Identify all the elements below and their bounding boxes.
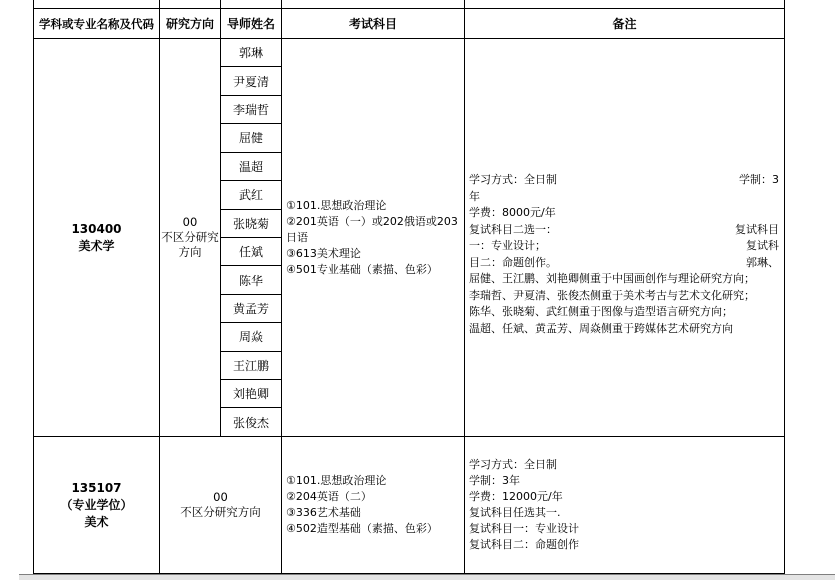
direction-line: 00	[213, 490, 228, 505]
tutor-name-cell: 武红	[221, 181, 281, 209]
remarks-cell: 学习方式：全日制 学制：3 年 学费：8000元/年 复试科目二选一： 复试科目…	[464, 38, 785, 437]
remarks-text: 目二：命题创作。	[469, 255, 557, 272]
direction-line: 方向	[179, 245, 202, 260]
admissions-table-page: 学科或专业名称及代码 研究方向 导师姓名 考试科目 备注 130400 美术学 …	[0, 0, 835, 580]
tutor-name-cell: 任斌	[221, 238, 281, 266]
column-header-direction: 研究方向	[159, 8, 221, 39]
tutor-list-cell: 郭琳 尹夏清 李瑞哲 屈健 温超 武红 张晓菊 任斌 陈华 黄孟芳 周焱 王江鹏…	[220, 38, 282, 437]
direction-line: 不区分研究	[161, 230, 219, 245]
table-line-stub	[220, 0, 221, 8]
direction-line: 00	[183, 215, 198, 230]
exam-subjects-cell: ①101.思想政治理论 ②204英语（二） ③336艺术基础 ④502造型基础（…	[281, 436, 465, 574]
major-degree-type: （专业学位）	[60, 497, 132, 514]
remarks-text: 学习方式：全日制	[469, 172, 557, 189]
exam-subject-line: ③336艺术基础	[286, 505, 461, 521]
remarks-line: 温超、任斌、黄孟芳、周焱侧重于跨媒体艺术研究方向	[469, 321, 779, 338]
tutor-name-cell: 黄孟芳	[221, 295, 281, 323]
remarks-text: 李瑞哲、尹夏清、张俊杰侧重于美术考古与艺术文化研究；	[469, 288, 755, 305]
remarks-line: 学制：3年	[469, 473, 779, 489]
remarks-line: 一：专业设计； 复试科	[469, 238, 779, 255]
remarks-line: 屈健、王江鹏、刘艳卿侧重于中国画创作与理论研究方向；	[469, 271, 779, 288]
remarks-line: 年	[469, 189, 779, 206]
table-line-stub	[159, 0, 160, 8]
table-line-stub	[464, 0, 465, 8]
exam-subject-line: ②204英语（二）	[286, 489, 461, 505]
remarks-text: 复试科	[746, 238, 779, 255]
exam-subject-line: ③613美术理论	[286, 246, 461, 262]
tutor-name-cell: 张晓菊	[221, 210, 281, 238]
remarks-text: 温超、任斌、黄孟芳、周焱侧重于跨媒体艺术研究方向	[469, 321, 733, 338]
research-direction-cell: 00 不区分研究 方向	[159, 38, 221, 437]
column-header-exam-subjects: 考试科目	[281, 8, 465, 39]
remarks-line: 李瑞哲、尹夏清、张俊杰侧重于美术考古与艺术文化研究；	[469, 288, 779, 305]
remarks-text: 屈健、王江鹏、刘艳卿侧重于中国画创作与理论研究方向；	[469, 271, 755, 288]
table-line-stub	[33, 0, 34, 8]
exam-subject-line: ④501专业基础（素描、色彩）	[286, 262, 461, 278]
major-code-cell: 130400 美术学	[33, 38, 160, 437]
exam-subjects-cell: ①101.思想政治理论 ②201英语（一）或202俄语或203日语 ③613美术…	[281, 38, 465, 437]
tutor-name-cell: 温超	[221, 153, 281, 181]
table-line-stub	[784, 0, 785, 8]
tutor-name-cell: 尹夏清	[221, 67, 281, 95]
remarks-line: 复试科目二：命题创作	[469, 537, 779, 553]
tutor-name-cell: 李瑞哲	[221, 96, 281, 124]
column-header-major: 学科或专业名称及代码	[33, 8, 160, 39]
major-code-cell: 135107 （专业学位） 美术	[33, 436, 160, 574]
major-name: 美术	[84, 514, 108, 531]
remarks-text: 复试科目	[735, 222, 779, 239]
table-line-stub	[281, 0, 282, 8]
remarks-line: 学习方式：全日制 学制：3	[469, 172, 779, 189]
remarks-text: 郭琳、	[746, 255, 779, 272]
remarks-line: 学费：12000元/年	[469, 489, 779, 505]
remarks-text: 陈华、张晓菊、武红侧重于图像与造型语言研究方向；	[469, 304, 733, 321]
tutor-name-cell: 屈健	[221, 124, 281, 152]
next-row-partial-bar	[19, 574, 835, 580]
exam-subject-line: ①101.思想政治理论	[286, 198, 461, 214]
column-header-tutor: 导师姓名	[220, 8, 282, 39]
tutor-name-cell: 张俊杰	[221, 408, 281, 435]
research-direction-cell: 00 不区分研究方向	[159, 436, 282, 574]
remarks-text: 一：专业设计；	[469, 238, 546, 255]
remarks-line: 目二：命题创作。 郭琳、	[469, 255, 779, 272]
exam-subject-line: ②201英语（一）或202俄语或203日语	[286, 214, 461, 246]
remarks-line: 学费：8000元/年	[469, 205, 779, 222]
remarks-line: 陈华、张晓菊、武红侧重于图像与造型语言研究方向；	[469, 304, 779, 321]
remarks-line: 复试科目任选其一.	[469, 505, 779, 521]
major-name: 美术学	[78, 238, 114, 255]
tutor-name-cell: 王江鹏	[221, 352, 281, 380]
column-header-remarks: 备注	[464, 8, 785, 39]
remarks-text: 学制：3	[739, 172, 779, 189]
tutor-name-cell: 陈华	[221, 266, 281, 294]
remarks-text: 复试科目二选一：	[469, 222, 557, 239]
major-code: 130400	[71, 221, 121, 238]
remarks-line: 学习方式：全日制	[469, 457, 779, 473]
remarks-line: 复试科目二选一： 复试科目	[469, 222, 779, 239]
direction-line: 不区分研究方向	[180, 505, 261, 520]
remarks-line: 复试科目一：专业设计	[469, 521, 779, 537]
tutor-name-cell: 刘艳卿	[221, 380, 281, 408]
remarks-text: 年	[469, 189, 480, 206]
exam-subject-line: ①101.思想政治理论	[286, 473, 461, 489]
exam-subject-line: ④502造型基础（素描、色彩）	[286, 521, 461, 537]
remarks-cell: 学习方式：全日制 学制：3年 学费：12000元/年 复试科目任选其一. 复试科…	[464, 436, 785, 574]
tutor-name-cell: 郭琳	[221, 39, 281, 67]
major-code: 135107	[71, 480, 121, 497]
remarks-text: 学费：8000元/年	[469, 205, 556, 222]
tutor-name-cell: 周焱	[221, 323, 281, 351]
